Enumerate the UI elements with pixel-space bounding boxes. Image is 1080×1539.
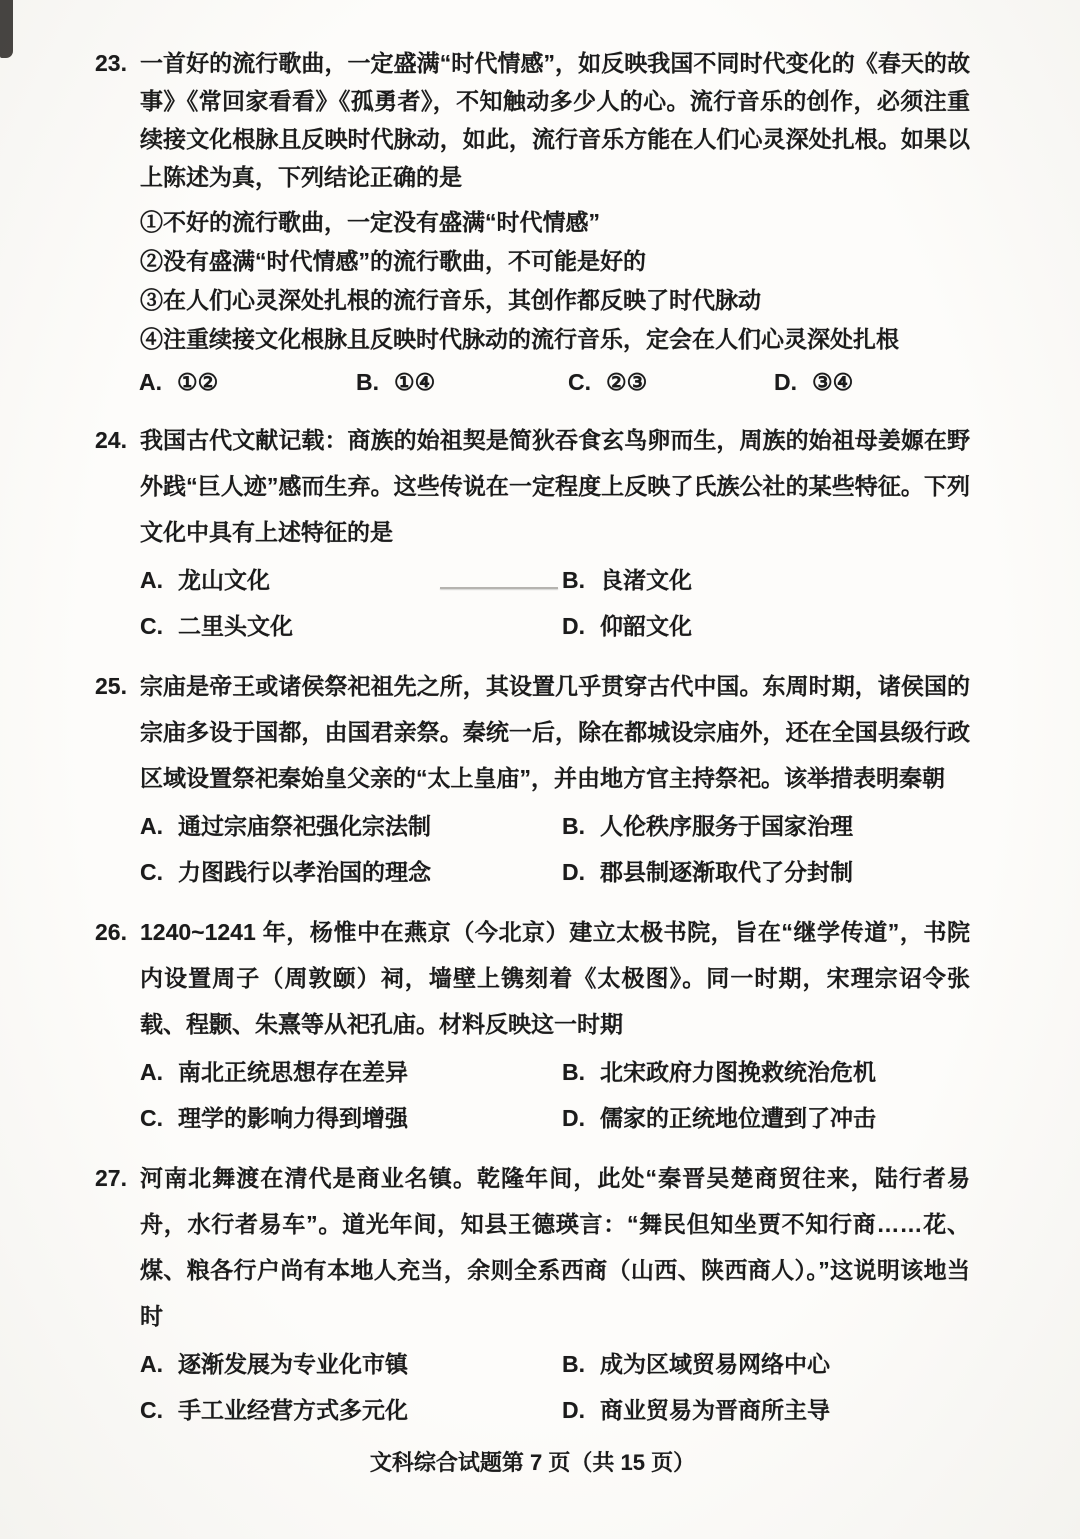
choice-D: D.③④ bbox=[774, 362, 853, 403]
choice-label: A. bbox=[140, 813, 163, 839]
choice-text: 商业贸易为晋商所主导 bbox=[600, 1397, 830, 1423]
question-stem: 1240~1241 年，杨惟中在燕京（今北京）建立太极书院，旨在“继学传道”，书… bbox=[140, 909, 970, 1047]
choice-B: B.人伦秩序服务于国家治理 bbox=[562, 803, 970, 849]
choice-text: 良渚文化 bbox=[600, 567, 692, 593]
choice-D: D.商业贸易为晋商所主导 bbox=[562, 1387, 970, 1433]
choice-text: 南北正统思想存在差异 bbox=[178, 1059, 408, 1085]
page-footer-text: 文科综合试题第 7 页（共 15 页） bbox=[370, 1450, 695, 1475]
question-26: 26. 1240~1241 年，杨惟中在燕京（今北京）建立太极书院，旨在“继学传… bbox=[95, 909, 970, 1141]
choice-label: A. bbox=[140, 1351, 163, 1377]
choice-text: 成为区域贸易网络中心 bbox=[600, 1351, 830, 1377]
choice-text: 仰韶文化 bbox=[600, 613, 692, 639]
choice-C: C.力图践行以孝治国的理念 bbox=[140, 849, 562, 895]
choice-text: ①② bbox=[177, 369, 218, 395]
choice-label: A. bbox=[140, 1059, 163, 1085]
choice-label: C. bbox=[140, 613, 163, 639]
statement-1: ①不好的流行歌曲，一定没有盛满“时代情感” bbox=[140, 203, 970, 242]
choice-text: ③④ bbox=[812, 369, 853, 395]
question-23-stem-row: 23. 一首好的流行歌曲，一定盛满“时代情感”，如反映我国不同时代变化的《春天的… bbox=[95, 44, 970, 196]
choices-grid: A.逐渐发展为专业化市镇 B.成为区域贸易网络中心 C.手工业经营方式多元化 D… bbox=[140, 1341, 970, 1433]
choice-label: B. bbox=[562, 567, 585, 593]
choice-C: C.手工业经营方式多元化 bbox=[140, 1387, 562, 1433]
scan-smudge-top-left bbox=[0, 0, 13, 58]
choices-grid: A.南北正统思想存在差异 B.北宋政府力图挽救统治危机 C.理学的影响力得到增强… bbox=[140, 1049, 970, 1141]
choice-text: 逐渐发展为专业化市镇 bbox=[178, 1351, 408, 1377]
choice-A: A.①② bbox=[139, 362, 356, 403]
choice-label: B. bbox=[356, 369, 379, 395]
choice-C: C.②③ bbox=[568, 362, 774, 403]
choice-text: 郡县制逐渐取代了分封制 bbox=[600, 859, 853, 885]
choice-C: C.二里头文化 bbox=[140, 603, 562, 649]
question-24-stem-row: 24. 我国古代文献记载：商族的始祖契是简狄吞食玄鸟卵而生，周族的始祖母姜嫄在野… bbox=[95, 417, 970, 555]
statement-2: ②没有盛满“时代情感”的流行歌曲，不可能是好的 bbox=[140, 242, 970, 281]
exam-page: 23. 一首好的流行歌曲，一定盛满“时代情感”，如反映我国不同时代变化的《春天的… bbox=[0, 0, 1080, 1539]
question-24: 24. 我国古代文献记载：商族的始祖契是简狄吞食玄鸟卵而生，周族的始祖母姜嫄在野… bbox=[95, 417, 970, 649]
question-stem: 我国古代文献记载：商族的始祖契是简狄吞食玄鸟卵而生，周族的始祖母姜嫄在野外践“巨… bbox=[140, 417, 970, 555]
choice-label: D. bbox=[774, 369, 797, 395]
choice-label: C. bbox=[568, 369, 591, 395]
choice-label: B. bbox=[562, 813, 585, 839]
choice-label: B. bbox=[562, 1059, 585, 1085]
statement-3: ③在人们心灵深处扎根的流行音乐，其创作都反映了时代脉动 bbox=[140, 281, 970, 320]
choice-text: ②③ bbox=[606, 369, 647, 395]
choice-A: A.南北正统思想存在差异 bbox=[140, 1049, 562, 1095]
choice-label: C. bbox=[140, 859, 163, 885]
choice-C: C.理学的影响力得到增强 bbox=[140, 1095, 562, 1141]
question-23: 23. 一首好的流行歌曲，一定盛满“时代情感”，如反映我国不同时代变化的《春天的… bbox=[95, 44, 970, 403]
choice-label: B. bbox=[562, 1351, 585, 1377]
question-27-stem-row: 27. 河南北舞渡在清代是商业名镇。乾隆年间，此处“秦晋吴楚商贸往来，陆行者易舟… bbox=[95, 1155, 970, 1339]
choice-A: A.逐渐发展为专业化市镇 bbox=[140, 1341, 562, 1387]
page-footer: 文科综合试题第 7 页（共 15 页） bbox=[95, 1447, 970, 1479]
choice-D: D.郡县制逐渐取代了分封制 bbox=[562, 849, 970, 895]
statement-4: ④注重续接文化根脉且反映时代脉动的流行音乐，定会在人们心灵深处扎根 bbox=[140, 320, 970, 359]
choice-D: D.儒家的正统地位遭到了冲击 bbox=[562, 1095, 970, 1141]
question-25: 25. 宗庙是帝王或诸侯祭祀祖先之所，其设置几乎贯穿古代中国。东周时期，诸侯国的… bbox=[95, 663, 970, 895]
statement-list: ①不好的流行歌曲，一定没有盛满“时代情感” ②没有盛满“时代情感”的流行歌曲，不… bbox=[140, 203, 970, 359]
question-26-stem-row: 26. 1240~1241 年，杨惟中在燕京（今北京）建立太极书院，旨在“继学传… bbox=[95, 909, 970, 1047]
choices-grid: A.通过宗庙祭祀强化宗法制 B.人伦秩序服务于国家治理 C.力图践行以孝治国的理… bbox=[140, 803, 970, 895]
choice-label: D. bbox=[562, 613, 585, 639]
question-27: 27. 河南北舞渡在清代是商业名镇。乾隆年间，此处“秦晋吴楚商贸往来，陆行者易舟… bbox=[95, 1155, 970, 1433]
choice-text: 理学的影响力得到增强 bbox=[178, 1105, 408, 1131]
question-number: 24. bbox=[95, 417, 140, 463]
question-stem: 宗庙是帝王或诸侯祭祀祖先之所，其设置几乎贯穿古代中国。东周时期，诸侯国的宗庙多设… bbox=[140, 663, 970, 801]
question-stem: 河南北舞渡在清代是商业名镇。乾隆年间，此处“秦晋吴楚商贸往来，陆行者易舟，水行者… bbox=[140, 1155, 970, 1339]
choice-A: A.龙山文化 bbox=[140, 557, 562, 603]
question-number: 27. bbox=[95, 1155, 140, 1201]
choice-B: B.①④ bbox=[356, 362, 568, 403]
choice-label: A. bbox=[140, 567, 163, 593]
choice-B: B.良渚文化 bbox=[562, 557, 970, 603]
choice-B: B.北宋政府力图挽救统治危机 bbox=[562, 1049, 970, 1095]
choice-label: C. bbox=[140, 1105, 163, 1131]
choice-label: D. bbox=[562, 859, 585, 885]
choices-grid: A.龙山文化 B.良渚文化 C.二里头文化 D.仰韶文化 bbox=[140, 557, 970, 649]
choice-text: 人伦秩序服务于国家治理 bbox=[600, 813, 853, 839]
choice-label: A. bbox=[139, 369, 162, 395]
choice-text: 手工业经营方式多元化 bbox=[178, 1397, 408, 1423]
choice-text: 二里头文化 bbox=[178, 613, 293, 639]
choice-text: 儒家的正统地位遭到了冲击 bbox=[600, 1105, 876, 1131]
choice-text: 龙山文化 bbox=[178, 567, 270, 593]
choice-text: ①④ bbox=[394, 369, 435, 395]
question-stem: 一首好的流行歌曲，一定盛满“时代情感”，如反映我国不同时代变化的《春天的故事》《… bbox=[140, 44, 970, 196]
choices-row: A.①② B.①④ C.②③ D.③④ bbox=[139, 362, 970, 403]
choice-label: D. bbox=[562, 1397, 585, 1423]
choice-text: 通过宗庙祭祀强化宗法制 bbox=[178, 813, 431, 839]
choice-B: B.成为区域贸易网络中心 bbox=[562, 1341, 970, 1387]
choice-text: 力图践行以孝治国的理念 bbox=[178, 859, 431, 885]
choice-D: D.仰韶文化 bbox=[562, 603, 970, 649]
choice-label: C. bbox=[140, 1397, 163, 1423]
choice-text: 北宋政府力图挽救统治危机 bbox=[600, 1059, 876, 1085]
choice-A: A.通过宗庙祭祀强化宗法制 bbox=[140, 803, 562, 849]
question-25-stem-row: 25. 宗庙是帝王或诸侯祭祀祖先之所，其设置几乎贯穿古代中国。东周时期，诸侯国的… bbox=[95, 663, 970, 801]
question-number: 25. bbox=[95, 663, 140, 709]
question-number: 26. bbox=[95, 909, 140, 955]
question-number: 23. bbox=[95, 44, 140, 82]
choice-label: D. bbox=[562, 1105, 585, 1131]
scan-artifact-line bbox=[440, 587, 558, 589]
